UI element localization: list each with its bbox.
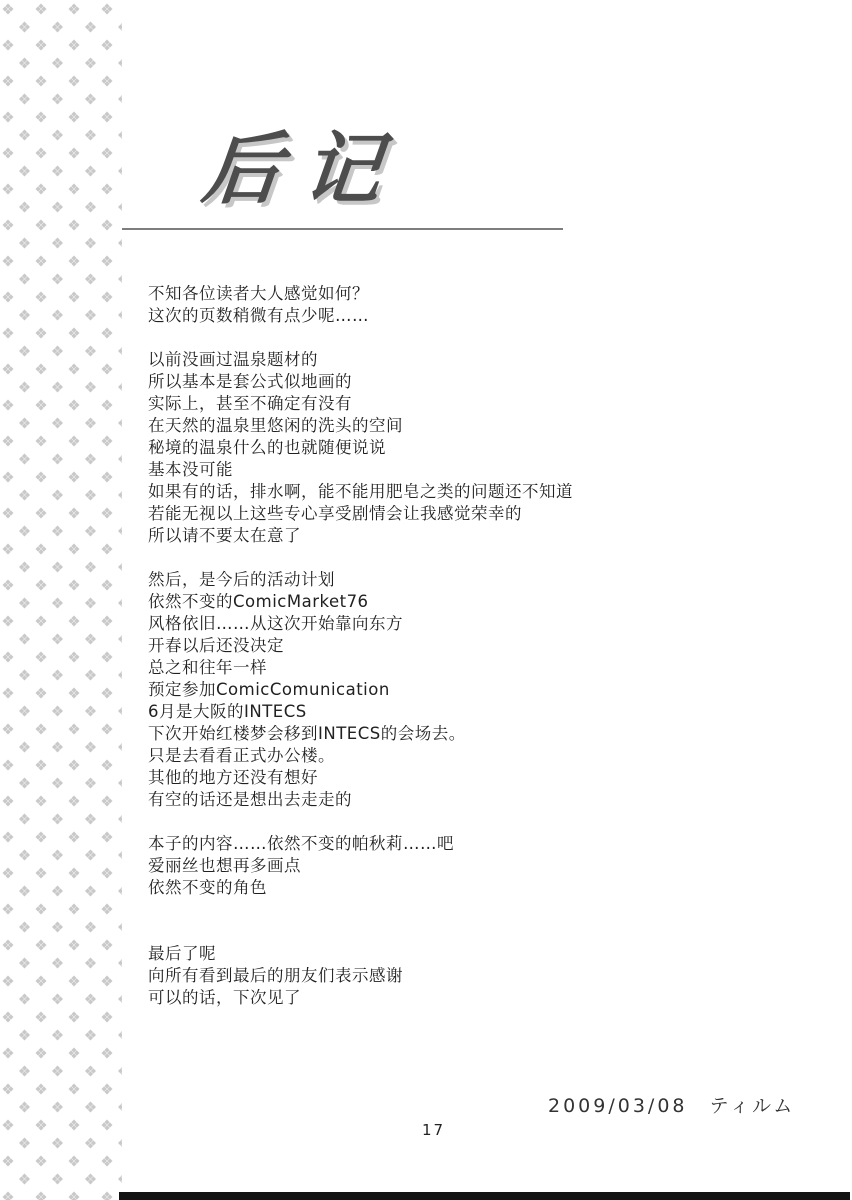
body-line: 只是去看看正式办公楼。 [148, 745, 768, 767]
body-line [148, 811, 768, 833]
body-line [148, 899, 768, 921]
body-line: 在天然的温泉里悠闲的洗头的空间 [148, 415, 768, 437]
title-underline [122, 228, 563, 230]
diamond-lattice-pattern-icon [0, 0, 122, 1200]
body-line: 依然不变的ComicMarket76 [148, 591, 768, 613]
body-line: 其他的地方还没有想好 [148, 767, 768, 789]
body-line: 开春以后还没决定 [148, 635, 768, 657]
body-line: 最后了呢 [148, 943, 768, 965]
body-line: 有空的话还是想出去走走的 [148, 789, 768, 811]
body-line: 这次的页数稍微有点少呢…… [148, 305, 768, 327]
body-line: 所以请不要太在意了 [148, 525, 768, 547]
body-line: 可以的话，下次见了 [148, 987, 768, 1009]
body-line: 预定参加ComicComunication [148, 679, 768, 701]
body-line: 所以基本是套公式似地画的 [148, 371, 768, 393]
page-title: 后记 [198, 128, 407, 214]
body-line: 总之和往年一样 [148, 657, 768, 679]
body-line: 爱丽丝也想再多画点 [148, 855, 768, 877]
body-line: 本子的内容……依然不变的帕秋莉……吧 [148, 833, 768, 855]
scanned-afterword-page: 后记 不知各位读者大人感觉如何？这次的页数稍微有点少呢…… 以前没画过温泉题材的… [0, 0, 852, 1200]
body-line: 如果有的话，排水啊，能不能用肥皂之类的问题还不知道 [148, 481, 768, 503]
body-line [148, 327, 768, 349]
body-line: 6月是大阪的INTECS [148, 701, 768, 723]
body-line: 不知各位读者大人感觉如何？ [148, 283, 768, 305]
bottom-scan-bar [119, 1192, 850, 1200]
body-line: 向所有看到最后的朋友们表示感谢 [148, 965, 768, 987]
body-line: 风格依旧……从这次开始靠向东方 [148, 613, 768, 635]
date-signature: 2009/03/08 ティルム [548, 1091, 795, 1118]
body-line: 实际上，甚至不确定有没有 [148, 393, 768, 415]
afterword-text: 不知各位读者大人感觉如何？这次的页数稍微有点少呢…… 以前没画过温泉题材的所以基… [148, 283, 768, 1009]
body-line: 若能无视以上这些专心享受剧情会让我感觉荣幸的 [148, 503, 768, 525]
body-line: 基本没可能 [148, 459, 768, 481]
body-line: 依然不变的角色 [148, 877, 768, 899]
body-line: 下次开始红楼梦会移到INTECS的会场去。 [148, 723, 768, 745]
body-line: 秘境的温泉什么的也就随便说说 [148, 437, 768, 459]
body-line [148, 547, 768, 569]
body-line [148, 921, 768, 943]
body-line: 以前没画过温泉题材的 [148, 349, 768, 371]
body-line: 然后，是今后的活动计划 [148, 569, 768, 591]
page-number: 17 [422, 1121, 445, 1139]
